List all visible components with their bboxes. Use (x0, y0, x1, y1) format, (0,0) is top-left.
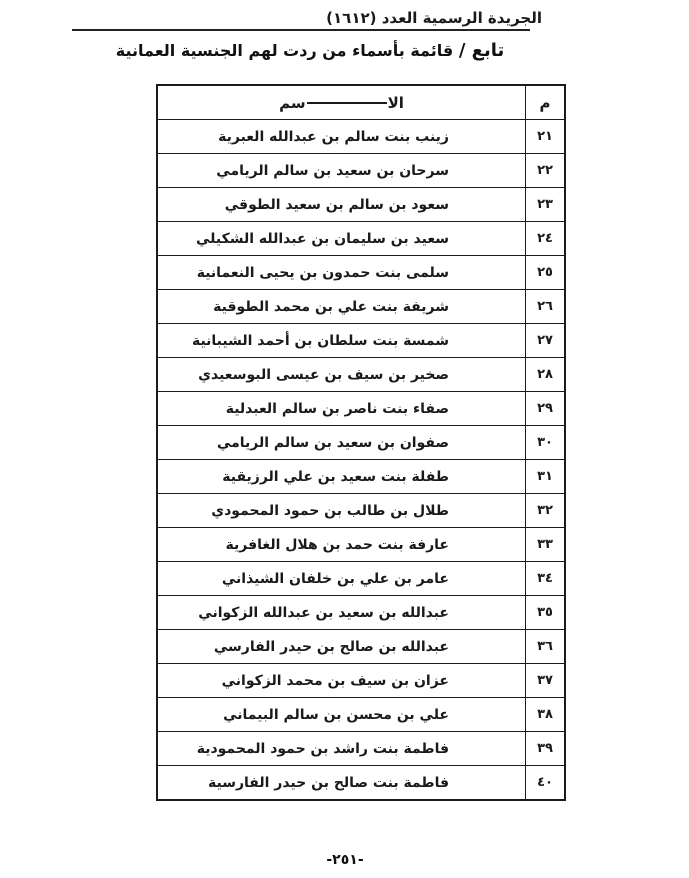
row-number: ٣٦ (526, 630, 566, 664)
row-name: طفلة بنت سعيد بن علي الرزيقية (157, 460, 526, 494)
table-row: ٣٢طلال بن طالب بن حمود المحمودي (157, 494, 565, 528)
row-number: ٢٦ (526, 290, 566, 324)
row-name: علي بن محسن بن سالم البيماني (157, 698, 526, 732)
row-name: زينب بنت سالم بن عبدالله العبرية (157, 120, 526, 154)
page-number: -٢٥١- (300, 852, 390, 874)
column-header-name: الاسم (157, 85, 526, 120)
table-row: ٢٨صخير بن سيف بن عيسى البوسعيدي (157, 358, 565, 392)
page-title: تابع / قائمة بأسماء من ردت لهم الجنسية ا… (100, 38, 520, 64)
row-name: صخير بن سيف بن عيسى البوسعيدي (157, 358, 526, 392)
row-name: عامر بن علي بن خلفان الشيذاني (157, 562, 526, 596)
row-number: ٣٤ (526, 562, 566, 596)
row-name: سلمى بنت حمدون بن يحيى النعمانية (157, 256, 526, 290)
table-row: ٣٥عبدالله بن سعيد بن عبدالله الزكواني (157, 596, 565, 630)
table-row: ٣٦عبدالله بن صالح بن حيدر الفارسي (157, 630, 565, 664)
row-name: شريفة بنت علي بن محمد الطوقية (157, 290, 526, 324)
table-row: ٢١زينب بنت سالم بن عبدالله العبرية (157, 120, 565, 154)
row-name: فاطمة بنت صالح بن حيدر الفارسية (157, 766, 526, 801)
column-header-name-end: سم (279, 94, 306, 112)
names-table: م الاسم ٢١زينب بنت سالم بن عبدالله العبر… (156, 84, 566, 801)
page-title-text: قائمة بأسماء من ردت لهم الجنسية العمانية (116, 41, 454, 60)
issue-number: (١٦١٢) (326, 6, 376, 30)
row-name: فاطمة بنت راشد بن حمود المحمودية (157, 732, 526, 766)
row-name: عارفة بنت حمد بن هلال الغافرية (157, 528, 526, 562)
page-title-lead: تابع / (459, 40, 504, 61)
table-row: ٢٧شمسة بنت سلطان بن أحمد الشيبانية (157, 324, 565, 358)
row-number: ٣٧ (526, 664, 566, 698)
table-row: ٣١طفلة بنت سعيد بن علي الرزيقية (157, 460, 565, 494)
row-name: عزان بن سيف بن محمد الزكواني (157, 664, 526, 698)
row-number: ٣٩ (526, 732, 566, 766)
table-row: ٤٠فاطمة بنت صالح بن حيدر الفارسية (157, 766, 565, 801)
column-header-name-label: الاسم (279, 94, 404, 112)
row-number: ٣٣ (526, 528, 566, 562)
row-number: ٣٨ (526, 698, 566, 732)
column-header-number: م (526, 85, 566, 120)
column-header-name-start: الا (388, 94, 404, 112)
table-row: ٢٤سعيد بن سليمان بن عبدالله الشكيلي (157, 222, 565, 256)
row-number: ٢٣ (526, 188, 566, 222)
row-name: عبدالله بن سعيد بن عبدالله الزكواني (157, 596, 526, 630)
table-row: ٣٣عارفة بنت حمد بن هلال الغافرية (157, 528, 565, 562)
row-number: ٢١ (526, 120, 566, 154)
row-number: ٣١ (526, 460, 566, 494)
row-number: ٢٨ (526, 358, 566, 392)
row-name: صفاء بنت ناصر بن سالم العبدلية (157, 392, 526, 426)
table-row: ٣٠صفوان بن سعيد بن سالم الريامي (157, 426, 565, 460)
row-name: طلال بن طالب بن حمود المحمودي (157, 494, 526, 528)
kashida-stroke (307, 102, 387, 104)
table-row: ٢٦شريفة بنت علي بن محمد الطوقية (157, 290, 565, 324)
table-row: ٣٩فاطمة بنت راشد بن حمود المحمودية (157, 732, 565, 766)
row-number: ٢٤ (526, 222, 566, 256)
row-name: سعود بن سالم بن سعيد الطوقي (157, 188, 526, 222)
row-number: ٣٥ (526, 596, 566, 630)
row-number: ٢٧ (526, 324, 566, 358)
row-name: عبدالله بن صالح بن حيدر الفارسي (157, 630, 526, 664)
table-row: ٢٣سعود بن سالم بن سعيد الطوقي (157, 188, 565, 222)
row-name: سعيد بن سليمان بن عبدالله الشكيلي (157, 222, 526, 256)
header-divider (72, 29, 530, 31)
row-number: ٢٩ (526, 392, 566, 426)
row-number: ٢٢ (526, 154, 566, 188)
table-row: ٣٧عزان بن سيف بن محمد الزكواني (157, 664, 565, 698)
row-number: ٣٠ (526, 426, 566, 460)
table-row: ٣٨علي بن محسن بن سالم البيماني (157, 698, 565, 732)
table-body: ٢١زينب بنت سالم بن عبدالله العبرية٢٢سرحا… (157, 120, 565, 801)
row-name: سرحان بن سعيد بن سالم الريامي (157, 154, 526, 188)
row-number: ٣٢ (526, 494, 566, 528)
table-row: ٢٥سلمى بنت حمدون بن يحيى النعمانية (157, 256, 565, 290)
table-row: ٣٤عامر بن علي بن خلفان الشيذاني (157, 562, 565, 596)
issue-label: العدد (382, 6, 418, 30)
row-name: صفوان بن سعيد بن سالم الريامي (157, 426, 526, 460)
table-row: ٢٩صفاء بنت ناصر بن سالم العبدلية (157, 392, 565, 426)
running-header: الجريدة الرسمية العدد (١٦١٢) (72, 6, 542, 30)
row-number: ٢٥ (526, 256, 566, 290)
table-row: ٢٢سرحان بن سعيد بن سالم الريامي (157, 154, 565, 188)
row-name: شمسة بنت سلطان بن أحمد الشيبانية (157, 324, 526, 358)
row-number: ٤٠ (526, 766, 566, 801)
publication-name: الجريدة الرسمية (423, 6, 542, 30)
table-header-row: م الاسم (157, 85, 565, 120)
